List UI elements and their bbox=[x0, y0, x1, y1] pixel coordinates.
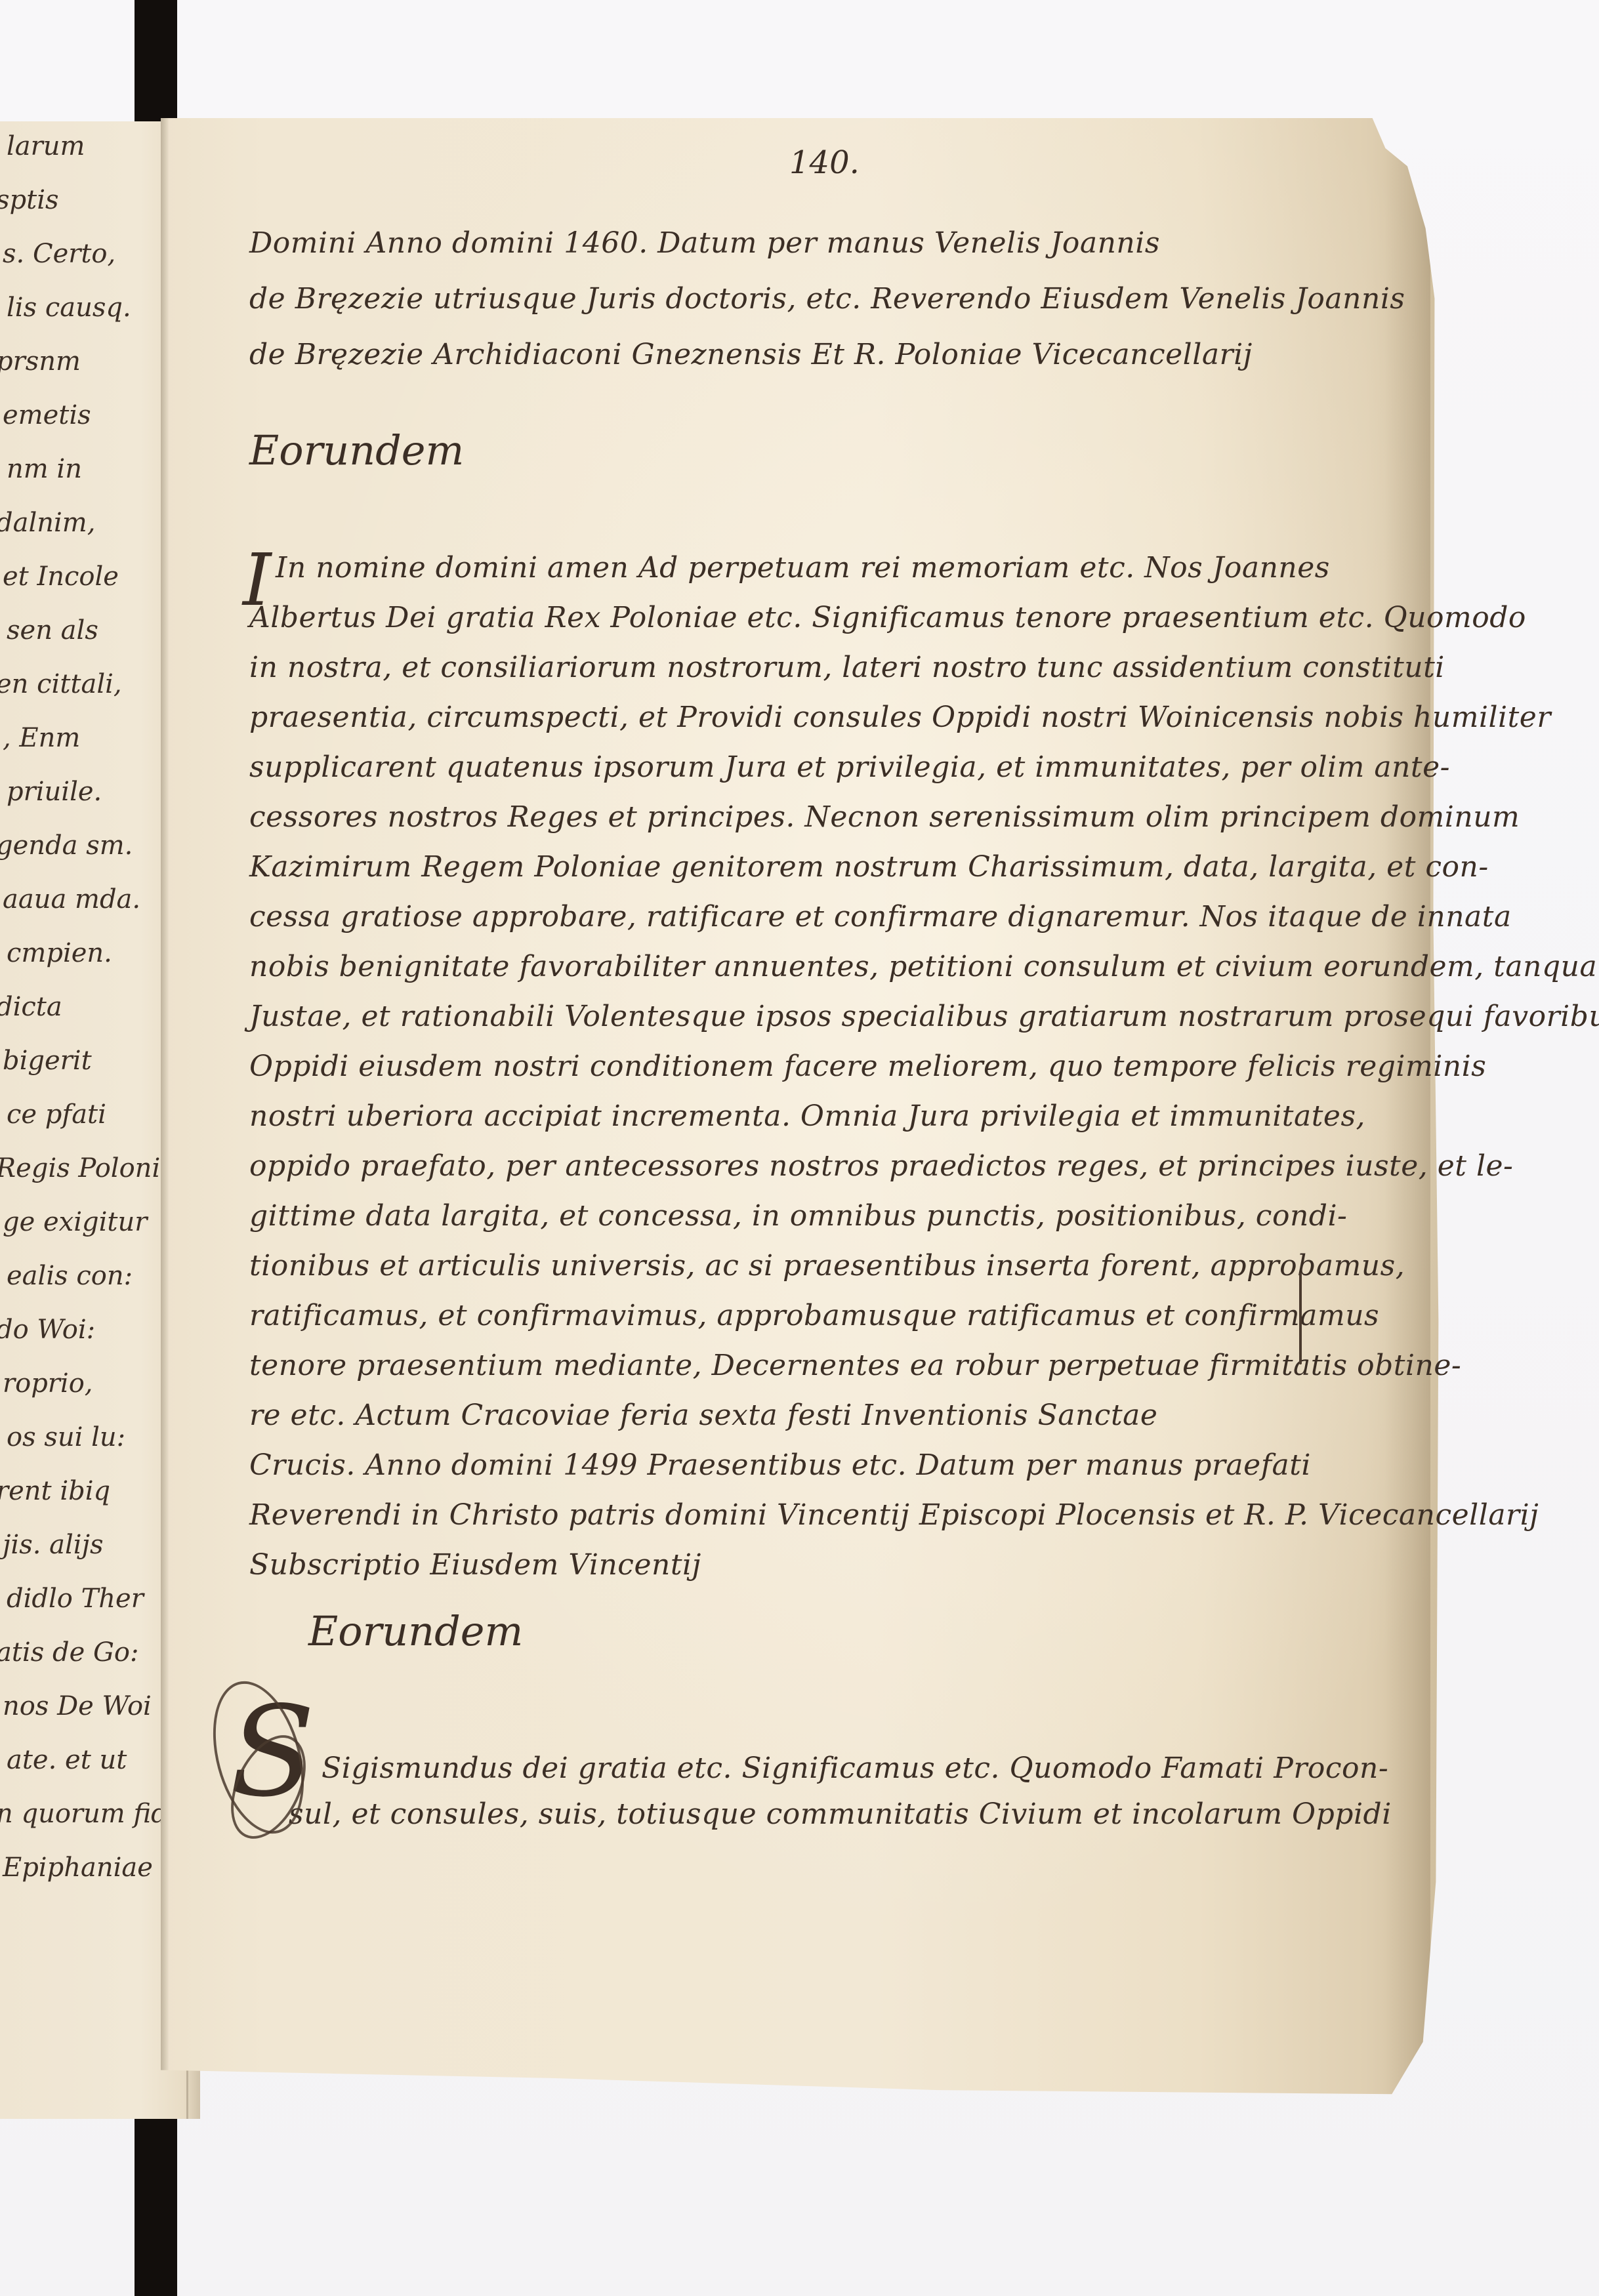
text-line: de Bręzezie Archidiaconi Gneznensis Et R… bbox=[249, 338, 1253, 371]
text-line: ratificamus, et confirmavimus, approbamu… bbox=[249, 1299, 1379, 1332]
page-inner-edge bbox=[161, 118, 169, 2122]
text-line: nostri uberiora accipiat incrementa. Omn… bbox=[249, 1099, 1365, 1133]
left-page-line: dalnim, bbox=[0, 508, 95, 538]
text-line: praesentia, circumspecti, et Providi con… bbox=[249, 701, 1551, 734]
text-line: Subscriptio Eiusdem Vincentij bbox=[249, 1548, 701, 1582]
text-line: gittime data largita, et concessa, in om… bbox=[249, 1199, 1347, 1233]
text-line: re etc. Actum Cracoviae feria sexta fest… bbox=[249, 1399, 1157, 1432]
text-line: de Bręzezie utriusque Juris doctoris, et… bbox=[249, 282, 1405, 316]
left-page-line: genda sm. bbox=[0, 830, 133, 861]
left-page-line: jis. alijs bbox=[3, 1530, 104, 1560]
left-page-line: emetis bbox=[3, 400, 91, 430]
text-line: Sigismundus dei gratia etc. Significamus… bbox=[322, 1752, 1388, 1785]
text-line: supplicarent quatenus ipsorum Jura et pr… bbox=[249, 750, 1450, 784]
text-line: oppido praefato, per antecessores nostro… bbox=[249, 1149, 1513, 1183]
text-line: Crucis. Anno domini 1499 Praesentibus et… bbox=[249, 1448, 1311, 1482]
left-page-line: , Enm bbox=[3, 723, 80, 753]
text-line: in nostra, et consiliariorum nostrorum, … bbox=[249, 651, 1445, 684]
text-line: Domini Anno domini 1460. Datum per manus… bbox=[249, 226, 1160, 260]
text-line: Reverendi in Christo patris domini Vince… bbox=[249, 1498, 1539, 1532]
text-line: Albertus Dei gratia Rex Poloniae etc. Si… bbox=[249, 601, 1526, 634]
left-page-line: Regis Polonie bbox=[0, 1153, 176, 1183]
left-page-line: dicta bbox=[0, 992, 62, 1022]
left-page-line: didlo Ther bbox=[7, 1584, 144, 1614]
text-line: Kazimirum Regem Poloniae genitorem nostr… bbox=[249, 850, 1489, 884]
left-page-line: larum bbox=[7, 131, 85, 161]
left-page-line: nm in bbox=[7, 454, 82, 484]
folio-number: 140. bbox=[789, 144, 860, 181]
left-page-line: roprio, bbox=[3, 1368, 93, 1399]
left-page-line: Epiphaniae bbox=[3, 1853, 153, 1883]
text-line: tenore praesentium mediante, Decernentes… bbox=[249, 1349, 1461, 1382]
text-line: cessores nostros Reges et principes. Nec… bbox=[249, 800, 1520, 834]
text-line: cessa gratiose approbare, ratificare et … bbox=[249, 900, 1512, 933]
left-page-line: s. Certo, bbox=[3, 239, 115, 269]
binding-strap-top bbox=[135, 0, 177, 125]
left-page-line: aaua mda. bbox=[3, 884, 140, 914]
initial-i-icon: I bbox=[243, 538, 271, 622]
left-page-line: sptis bbox=[0, 185, 59, 215]
left-page-line: prsnm bbox=[0, 346, 81, 377]
marginal-bracket bbox=[1299, 1273, 1302, 1364]
left-page-line: en cittali, bbox=[0, 669, 122, 699]
text-line: tionibus et articulis universis, ac si p… bbox=[249, 1249, 1405, 1282]
section-heading: Eorundem bbox=[249, 426, 464, 474]
left-page-line: lis causq. bbox=[7, 293, 131, 323]
left-page-line: ealis con: bbox=[7, 1261, 133, 1291]
left-page-line: bigerit bbox=[3, 1046, 92, 1076]
left-page-line: ate. et ut bbox=[7, 1745, 127, 1775]
text-line: Justae, et rationabili Volentesque ipsos… bbox=[249, 1000, 1599, 1033]
left-page-line: nos De Woi bbox=[3, 1691, 152, 1721]
left-page-line: et Incole bbox=[3, 562, 119, 592]
left-page-line: cmpien. bbox=[7, 938, 112, 968]
left-page-line: sen als bbox=[7, 615, 98, 646]
text-line: Oppidi eiusdem nostri conditionem facere… bbox=[249, 1050, 1486, 1083]
text-line: In nomine domini amen Ad perpetuam rei m… bbox=[276, 551, 1330, 584]
section-heading: Eorundem bbox=[308, 1607, 523, 1655]
text-line: sul, et consules, suis, totiusque commun… bbox=[289, 1797, 1392, 1831]
left-page-line: priuile. bbox=[7, 777, 102, 807]
left-page-line: atis de Go: bbox=[0, 1637, 138, 1668]
left-page-line: ge exigitur bbox=[3, 1207, 147, 1237]
left-page-line: do Woi: bbox=[0, 1315, 95, 1345]
left-page-line: rent ibiq bbox=[0, 1476, 110, 1506]
left-page-line: ce pfati bbox=[7, 1099, 106, 1130]
binding-strap-bottom bbox=[135, 2116, 177, 2296]
left-page-line: os sui lu: bbox=[7, 1422, 125, 1452]
text-line: nobis benignitate favorabiliter annuente… bbox=[249, 950, 1599, 983]
